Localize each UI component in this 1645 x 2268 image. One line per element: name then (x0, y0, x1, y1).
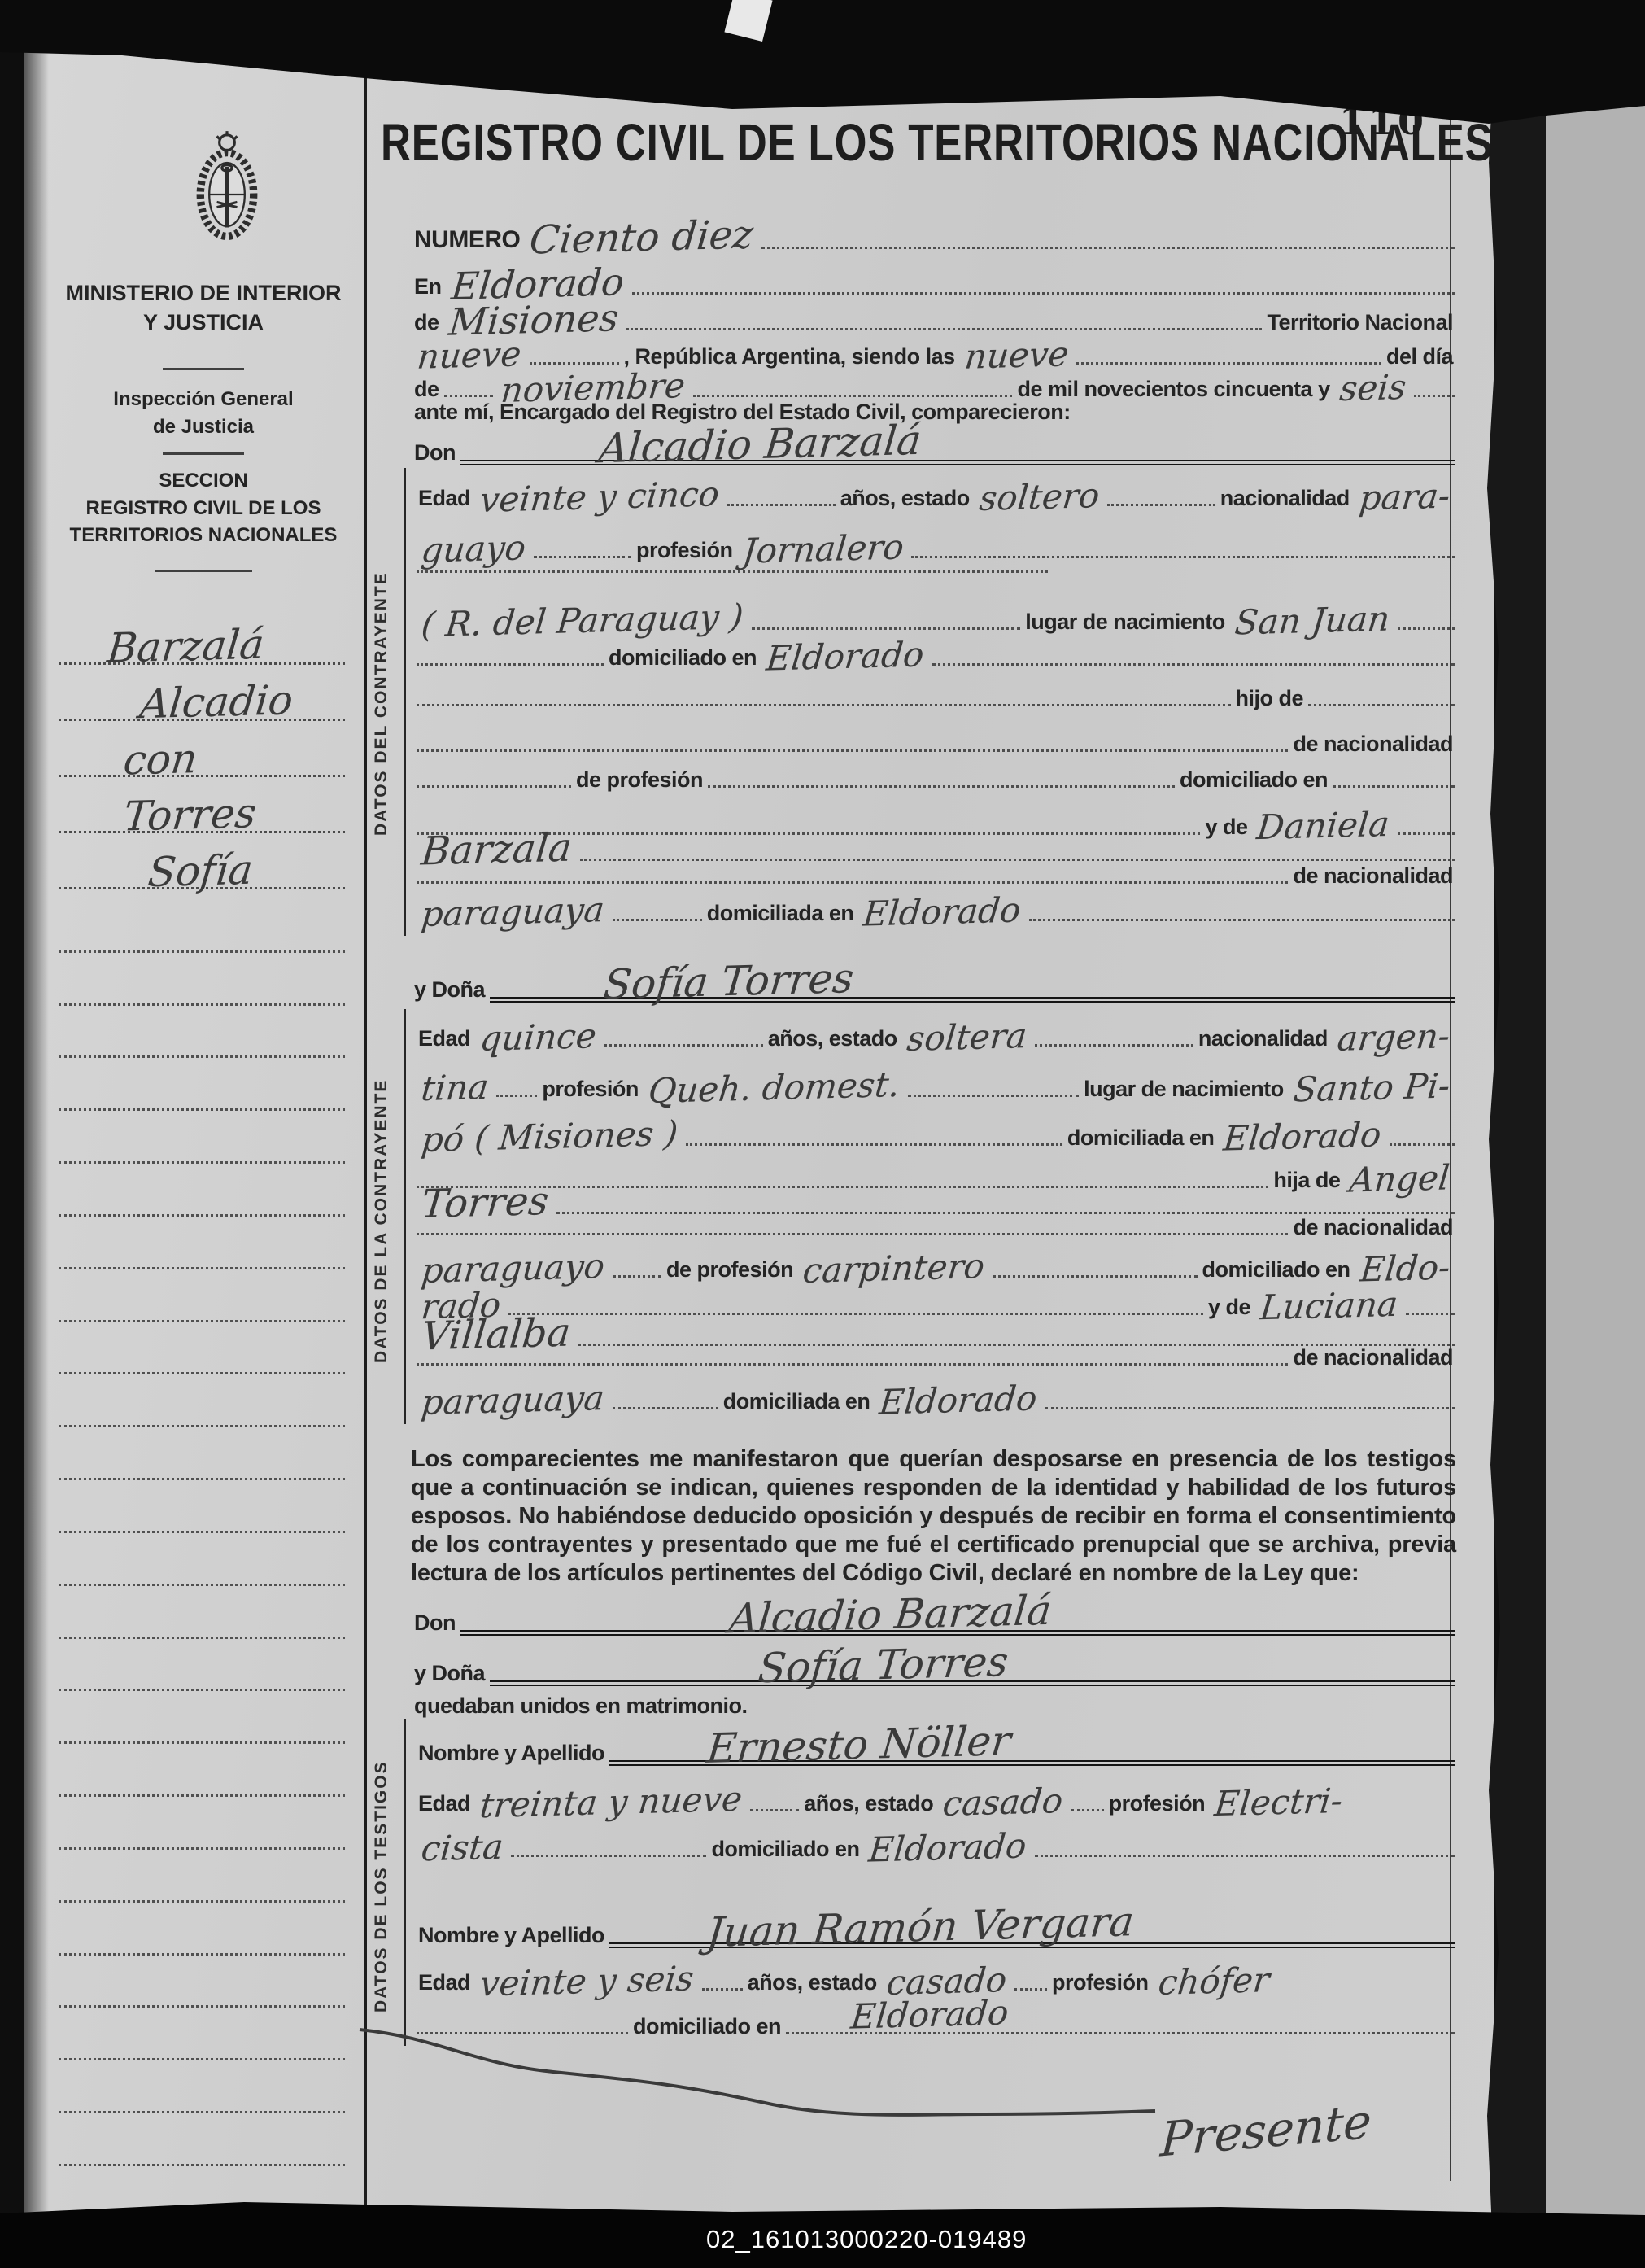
dotted-fill (580, 859, 1455, 861)
signature-line: Sofía Torres (490, 964, 1455, 1003)
don-label: Don (414, 1612, 456, 1634)
de2-label: de (414, 378, 439, 400)
dotted-fill (417, 749, 1288, 752)
ministry-line2: Y JUSTICIA (47, 308, 360, 337)
domiciliada-label: domiciliada en (1067, 1127, 1215, 1149)
witness1-estado-value: casado (941, 1785, 1064, 1820)
dotted-fill (1333, 785, 1455, 788)
de-row: de Misiones Territorio Nacional (411, 303, 1456, 335)
margin-firstname-bride: Sofía (146, 850, 340, 891)
margin-note-row: Sofía (59, 833, 345, 889)
profesion-label: profesión (636, 540, 733, 562)
witness1-name: Ernesto Nöller (705, 1723, 1012, 1768)
dotted-fill (417, 570, 1048, 573)
dotted-fill (613, 1407, 718, 1409)
dotted-fill (911, 556, 1455, 558)
column-divider (364, 50, 367, 2215)
witnesses-section-rule (404, 1719, 406, 2046)
coat-of-arms (189, 129, 265, 249)
dotted-fill (496, 1095, 537, 1097)
hijo-de-label: hijo de (1236, 688, 1304, 710)
numero-label: NUMERO (414, 228, 520, 252)
dotted-fill (908, 1095, 1080, 1097)
bride-name: Sofía Torres (602, 960, 855, 1003)
seccion-heading: SECCION REGISTRO CIVIL DE LOS TERRITORIO… (47, 467, 360, 549)
margin-surname-groom: Barzalá (106, 624, 340, 667)
dotted-fill (1308, 704, 1455, 706)
domiciliado-label: domiciliado en (1202, 1259, 1350, 1281)
bride-profesion-value: Queh. domest. (647, 1069, 901, 1107)
republica-label: , República Argentina, siendo las (624, 346, 955, 368)
dotted-fill (417, 704, 1231, 706)
padre-nacionalidad-row: de nacionalidad (415, 729, 1456, 757)
witnesses-section-label: DATOS DE LOS TESTIGOS (373, 1727, 390, 2046)
groom-nacimiento-row: ( R. del Paraguay ) lugar de nacimiento … (415, 597, 1456, 635)
padre-profesion-row: de profesión domiciliado en (415, 762, 1456, 793)
dotted-fill (626, 328, 1263, 330)
signature-line: Alcadio Barzalá (460, 1597, 1455, 1636)
lugar-nacimiento-label: lugar de nacimiento (1025, 611, 1225, 633)
y-dona-label: y Doña (414, 979, 485, 1001)
nacionalidad-label: nacionalidad (1220, 487, 1350, 509)
bride-domicilio-value: Eldorado (1223, 1120, 1383, 1155)
signature-line: Alcadio Barzalá (460, 426, 1455, 465)
madre-domicilio-row: paraguaya domiciliada en Eldorado (415, 887, 1456, 926)
witness2-name: Juan Ramón Vergara (705, 1903, 1136, 1951)
sidebar-divider (155, 570, 252, 572)
bride-padre-domicilio: Eldo- (1359, 1252, 1451, 1286)
dotted-fill (1029, 919, 1455, 921)
margin-note-row: Torres (59, 777, 345, 833)
groom-madre-domicilio: Eldorado (862, 895, 1023, 930)
nombre-apellido-label: Nombre y Apellido (418, 1925, 604, 1947)
groom-nacionalidad-value2: guayo (420, 532, 527, 566)
mes-row: de noviembre de mil novecientos cincuent… (411, 369, 1456, 402)
dotted-fill (1035, 1855, 1455, 1857)
dotted-fill (613, 919, 702, 921)
dotted-fill (417, 881, 1288, 884)
dona-row: y Doña Sofía Torres (411, 957, 1456, 1003)
domiciliado-label: domiciliado en (711, 1838, 859, 1860)
seccion-line1: SECCION (47, 467, 360, 495)
bride-profesion-row: tina profesión Queh. domest. lugar de na… (415, 1064, 1456, 1102)
madre-apellido-row: Barzala (415, 832, 1456, 866)
profesion-label: profesión (542, 1078, 639, 1100)
bride-nacionalidad-value2: tina (420, 1072, 490, 1104)
en-row: En Eldorado (411, 265, 1456, 299)
edad-label: Edad (418, 1793, 470, 1815)
ministry-heading: MINISTERIO DE INTERIOR Y JUSTICIA (47, 278, 360, 338)
hour-value: nueve (963, 339, 1070, 372)
dotted-fill (604, 1044, 763, 1047)
sidebar-divider (163, 452, 244, 455)
margin-surname-bride: Torres (122, 793, 340, 835)
presente-note: Presente (1154, 2109, 1378, 2151)
declaration-dona-row: y Doña Sofía Torres (411, 1641, 1456, 1686)
numero-row: NUMERO Ciento diez (411, 218, 1456, 254)
witness1-edad-row: Edad treinta y nueve años, estado casado… (415, 1779, 1456, 1816)
lugar-nacimiento-label: lugar de nacimiento (1084, 1078, 1284, 1100)
witness1-nombre-row: Nombre y Apellido Ernesto Nöller (415, 1719, 1456, 1766)
dotted-fill (761, 247, 1455, 249)
dotted-fill (993, 1275, 1197, 1278)
groom-signature-name: Alcadio Barzalá (727, 1593, 1054, 1638)
registry-scan: REGISTRO CIVIL DE LOS TERRITORIOS NACION… (0, 0, 1645, 2268)
dotted-fill (1390, 1143, 1455, 1146)
anos-estado-label: años, estado (840, 487, 970, 509)
don-row: Don Alcadio Barzalá (411, 422, 1456, 465)
profesion-label: profesión (1052, 1972, 1149, 1994)
bride-lugar-value2: pó ( Misiones ) (420, 1118, 679, 1156)
anos-estado-label: años, estado (768, 1028, 897, 1050)
domiciliado-label: domiciliado en (1180, 769, 1328, 791)
de-nacionalidad-label: de nacionalidad (1293, 1217, 1453, 1239)
bride-padre-profesion: carpintero (801, 1251, 986, 1287)
dotted-fill (613, 1275, 661, 1278)
de-label: de (414, 312, 439, 334)
y-dona-label: y Doña (414, 1663, 485, 1685)
dotted-fill (750, 1809, 799, 1811)
bride-section-rule (404, 1009, 406, 1424)
bride-madre-domicilio: Eldorado (879, 1383, 1039, 1418)
inspeccion-heading: Inspección General de Justicia (47, 386, 360, 440)
dotted-fill (417, 1233, 1288, 1235)
witness2-nombre-row: Nombre y Apellido Juan Ramón Vergara (415, 1901, 1456, 1948)
groom-domicilio-value: Eldorado (765, 640, 925, 675)
nacionalidad-label: nacionalidad (1198, 1028, 1328, 1050)
bride-edad-row: Edad quince años, estado soltera naciona… (415, 1014, 1456, 1051)
madre-nacionalidad-row: de nacionalidad (415, 863, 1456, 889)
declaration-paragraph: Los comparecientes me manifestaron que q… (411, 1445, 1456, 1588)
dotted-fill (511, 1855, 706, 1857)
signature-line: Ernesto Nöller (609, 1727, 1455, 1766)
day-value: nueve (416, 339, 522, 372)
bride-domicilio-row: pó ( Misiones ) domiciliada en Eldorado (415, 1112, 1456, 1151)
seccion-line2: REGISTRO CIVIL DE LOS (47, 495, 360, 522)
inspeccion-line1: Inspección General (47, 386, 360, 413)
bride-madre-nacionalidad: paraguaya (420, 1383, 605, 1418)
padre-nacionalidad-row: de nacionalidad (415, 1214, 1456, 1240)
dotted-fill (1035, 1044, 1193, 1047)
dotted-fill (932, 663, 1455, 666)
dotted-fill (727, 504, 836, 506)
signature-line: Sofía Torres (490, 1647, 1455, 1686)
en-label: En (414, 276, 442, 298)
margin-firstname-groom: Alcadio (138, 681, 340, 723)
blank-ruled-lines (59, 900, 345, 2166)
dotted-fill (1045, 1407, 1455, 1409)
witness1-domicilio-value: Eldorado (868, 1831, 1028, 1866)
de-profesion-label: de profesión (666, 1259, 793, 1281)
margin-con: con (122, 736, 340, 779)
madre-nacionalidad-row: de nacionalidad (415, 1344, 1456, 1370)
witness2-edad-value: veinte y seis (478, 1964, 695, 2000)
dotted-fill (1107, 504, 1215, 506)
scan-id-caption: 02_161013000220-019489 (706, 2226, 1027, 2252)
dotted-fill (417, 785, 571, 788)
profesion-label: profesión (1109, 1793, 1206, 1815)
dotted-fill (1414, 395, 1455, 397)
groom-lugar-value: San Juan (1233, 604, 1391, 639)
page-gutter-shadow (24, 49, 49, 2223)
witness1-edad-value: treinta y nueve (478, 1784, 744, 1821)
witness1-profesion-value2: cista (420, 1832, 504, 1865)
de-value: Misiones (447, 301, 620, 339)
de-profesion-label: de profesión (576, 769, 703, 791)
fecha-row: nueve , República Argentina, siendo las … (411, 335, 1456, 369)
bride-estado-value: soltera (905, 1020, 1028, 1055)
dotted-fill (632, 292, 1455, 295)
de-nacionalidad-label: de nacionalidad (1293, 1347, 1453, 1369)
witness1-profesion-value: Electri- (1213, 1785, 1344, 1820)
padre-profesion-row: paraguayo de profesión carpintero domici… (415, 1243, 1456, 1283)
bride-padre-nacionalidad: paraguayo (420, 1251, 606, 1287)
witness2-edad-row: Edad veinte y seis años, estado casado p… (415, 1956, 1456, 1995)
del-dia-label: del día (1386, 346, 1453, 368)
anno-label: de mil novecientos cincuenta y (1017, 378, 1329, 400)
pen-flourish (350, 2010, 1172, 2157)
dotted-fill (417, 1363, 1288, 1366)
groom-estado-value: soltero (978, 480, 1101, 514)
groom-edad-row: Edad veinte y cinco años, estado soltero… (415, 475, 1456, 511)
scan-background (1546, 0, 1645, 2268)
dotted-fill (1071, 1809, 1104, 1811)
bride-signature-name: Sofía Torres (757, 1644, 1010, 1687)
groom-edad-value: veinte y cinco (478, 479, 721, 516)
witness2-profesion-value: chófer (1157, 1964, 1271, 1998)
dotted-fill (686, 1143, 1062, 1146)
margin-note: Barzalá Alcadio con Torres Sofía (59, 609, 345, 889)
de-nacionalidad-label: de nacionalidad (1293, 865, 1453, 887)
groom-section-label: DATOS DEL CONTRAYENTE (373, 476, 390, 932)
dotted-fill (1076, 362, 1381, 365)
closing-label: quedaban unidos en matrimonio. (414, 1695, 748, 1717)
domiciliado-label: domiciliado en (609, 647, 757, 669)
margin-note-row: Alcadio (59, 665, 345, 721)
madre-domicilio-row: paraguaya domiciliada en Eldorado (415, 1374, 1456, 1414)
groom-nacionalidad-value: para- (1358, 481, 1451, 514)
ante-mi-label: ante mí, Encargado del Registro del Esta… (414, 401, 1071, 423)
groom-name: Alcadio Barzalá (597, 422, 923, 468)
bride-edad-value: quince (478, 1020, 597, 1055)
blank-line-row (415, 570, 1456, 578)
dotted-fill (1014, 1988, 1047, 1991)
groom-section-rule (404, 468, 406, 936)
dotted-fill (530, 362, 619, 365)
sidebar-divider (163, 368, 244, 370)
groom-domicilio-row: domiciliado en Eldorado (415, 635, 1456, 671)
bride-section-label: DATOS DE LA CONTRAYENTE (373, 1017, 390, 1424)
dotted-fill (708, 785, 1175, 788)
dotted-fill (702, 1988, 743, 1991)
dotted-fill (752, 627, 1021, 630)
dotted-fill (1398, 627, 1455, 630)
inspeccion-line2: de Justicia (47, 413, 360, 441)
seccion-line3: TERRITORIOS NACIONALES (47, 522, 360, 549)
witness1-domicilio-row: cista domiciliado en Eldorado (415, 1824, 1456, 1862)
page-title: REGISTRO CIVIL DE LOS TERRITORIOS NACION… (381, 114, 1493, 171)
don-label: Don (414, 442, 456, 464)
closing-row: quedaban unidos en matrimonio. (411, 1694, 1456, 1719)
dotted-fill (693, 395, 1013, 397)
domiciliada-label: domiciliada en (723, 1391, 870, 1413)
dotted-fill (534, 556, 631, 558)
book-binding-edge (1486, 0, 1554, 2268)
anos-estado-label: años, estado (748, 1972, 877, 1994)
declaration-don-row: Don Alcadio Barzalá (411, 1588, 1456, 1636)
territorio-label: Territorio Nacional (1267, 312, 1453, 334)
groom-madre-nacionalidad: paraguaya (420, 894, 605, 930)
dotted-fill (444, 395, 493, 397)
numero-value: Ciento diez (528, 217, 755, 259)
anos-estado-label: años, estado (804, 1793, 933, 1815)
bride-lugar-value: Santo Pi- (1292, 1071, 1451, 1106)
groom-profesion-value: Jornalero (741, 532, 905, 567)
hijo-de-row: hijo de (415, 682, 1456, 711)
ministry-line1: MINISTERIO DE INTERIOR (47, 278, 360, 308)
edad-label: Edad (418, 487, 470, 509)
dotted-fill (417, 663, 604, 666)
margin-note-row: Barzalá (59, 609, 345, 665)
bride-nacionalidad-value: argen- (1336, 1020, 1451, 1055)
groom-profesion-row: guayo profesión Jornalero (415, 527, 1456, 563)
signature-line: Juan Ramón Vergara (609, 1909, 1455, 1948)
edad-label: Edad (418, 1972, 470, 1994)
edad-label: Edad (418, 1028, 470, 1050)
nombre-apellido-label: Nombre y Apellido (418, 1742, 604, 1764)
domiciliada-label: domiciliada en (707, 902, 854, 924)
margin-note-row: con (59, 721, 345, 777)
de-nacionalidad-label: de nacionalidad (1293, 733, 1453, 755)
